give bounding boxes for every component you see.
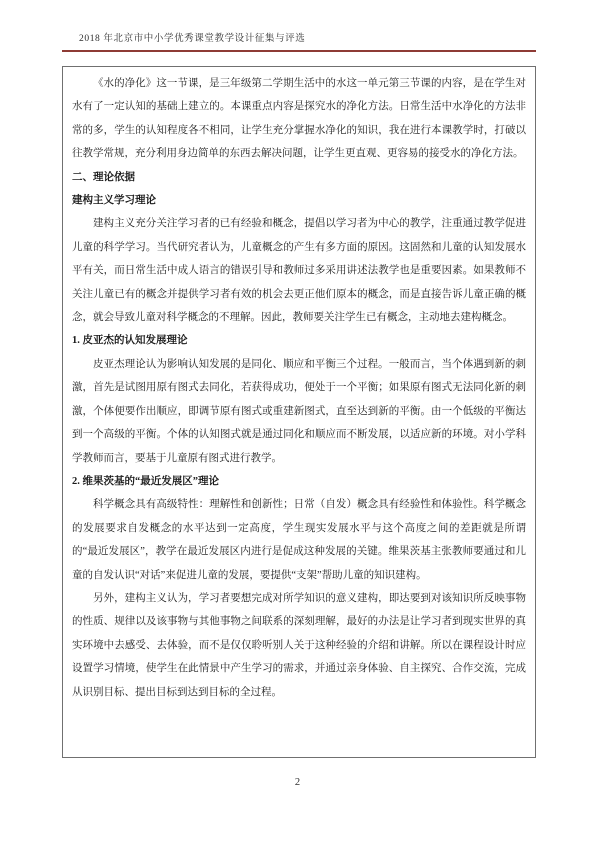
section-heading-theory-basis: 二、理论依据 [72,166,526,189]
science-concept-paragraph: 科学概念具有高级特性：理解性和创新性；日常（自发）概念具有经验性和体验性。科学概… [72,493,526,587]
page-header: 2018 年北京市中小学优秀课堂教学设计征集与评选 [62,33,536,52]
page-number: 2 [295,777,300,788]
piaget-paragraph: 皮亚杰理论认为影响认知发展的是同化、顺应和平衡三个过程。一般而言，当个体遇到新的… [72,353,526,470]
subheading-piaget-theory: 1. 皮亚杰的认知发展理论 [72,329,526,352]
constructivism-paragraph: 建构主义充分关注学习者的已有经验和概念，提倡以学习者为中心的教学，注重通过教学促… [72,212,526,329]
subheading-constructivism-theory: 建构主义学习理论 [72,189,526,212]
page-footer: 2 [0,777,595,788]
subheading-vygotsky-theory: 2. 维果茨基的“最近发展区”理论 [72,470,526,493]
meaning-construction-paragraph: 另外，建构主义认为，学习者要想完成对所学知识的意义建构，即达要到对该知识所反映事… [72,587,526,704]
document-page: 2018 年北京市中小学优秀课堂教学设计征集与评选 《水的净化》这一节课，是三年… [0,0,595,842]
header-title: 2018 年北京市中小学优秀课堂教学设计征集与评选 [62,33,536,45]
content-table-cell: 《水的净化》这一节课，是三年级第二学期生活中的水这一单元第三节课的内容，是在学生… [62,66,536,758]
lesson-intro-paragraph: 《水的净化》这一节课，是三年级第二学期生活中的水这一单元第三节课的内容，是在学生… [72,72,526,166]
header-rule [62,50,536,52]
